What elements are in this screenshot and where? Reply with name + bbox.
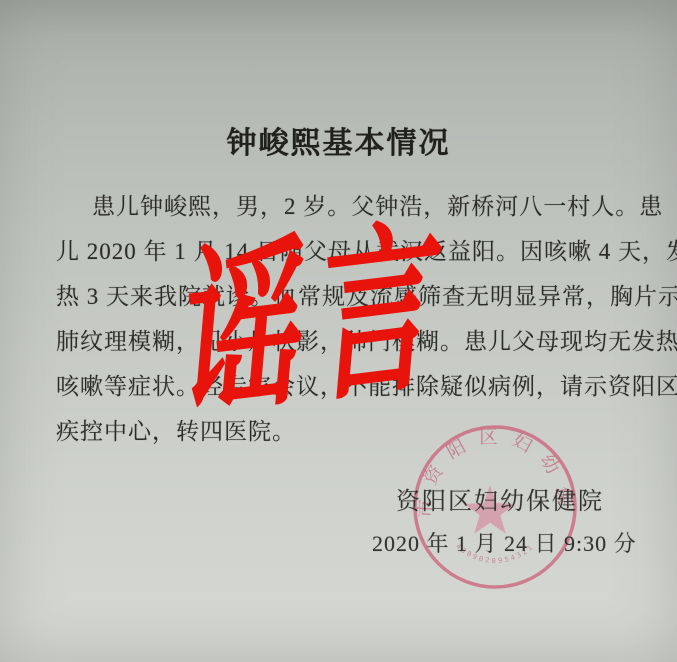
rumor-watermark: 谣言 — [176, 213, 462, 430]
page-title: 钟峻熙基本情况 — [0, 118, 677, 162]
document-photo: 钟峻熙基本情况 患儿钟峻熙，男，2 岁。父钟浩，新桥河八一村人。患 儿 2020… — [0, 0, 677, 662]
issuer-signature: 资阳区妇幼保健院 — [396, 481, 604, 516]
date-line: 2020 年 1 月 24 日 9:30 分 — [372, 527, 637, 558]
